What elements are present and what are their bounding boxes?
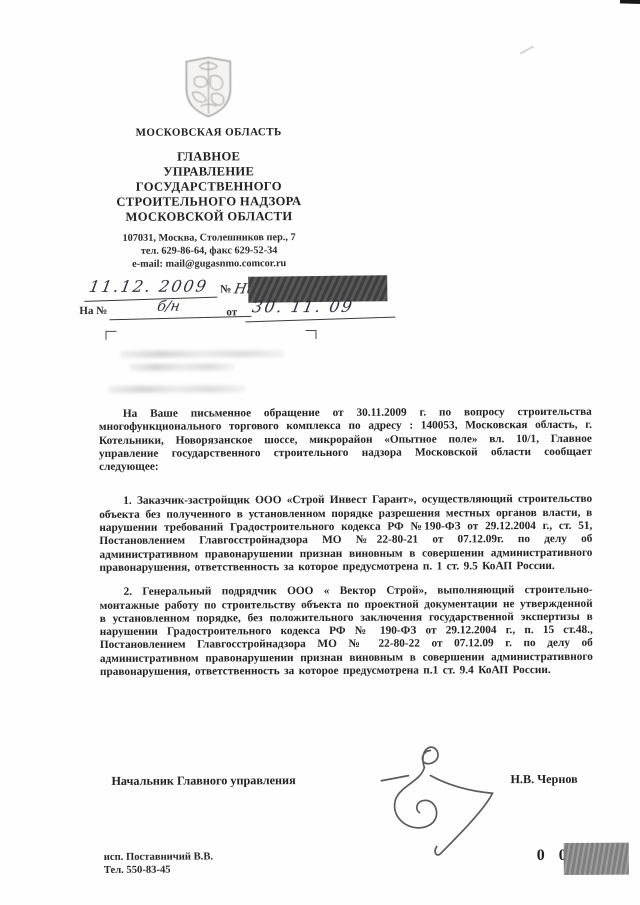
addressee-corner-right [305, 330, 316, 339]
stamp-redaction-box [564, 843, 629, 875]
number-label: № [220, 283, 231, 295]
org-name-line: УПРАВЛЕНИЕ [54, 164, 364, 180]
letterhead: МОСКОВСКАЯ ОБЛАСТЬ ГЛАВНОЕ УПРАВЛЕНИЕ ГО… [53, 54, 364, 272]
outgoing-date-handwritten: 11.12. 2009 [88, 276, 210, 296]
signature-scribble-icon [377, 740, 513, 866]
letter-body: На Ваше письменное обращение от 30.11.20… [99, 406, 593, 679]
incoming-date-line [245, 317, 395, 323]
outgoing-date-line [84, 297, 217, 302]
org-name: ГЛАВНОЕ УПРАВЛЕНИЕ ГОСУДАРСТВЕННОГО СТРО… [54, 149, 364, 225]
scan-artifact-mark [520, 46, 534, 55]
from-label: от [226, 306, 237, 318]
addressee-smudge [130, 363, 235, 370]
executor-phone: Тел. 550-83-45 [104, 865, 171, 876]
addressee-smudge [108, 385, 246, 393]
org-name-line: СТРОИТЕЛЬНОГО НАДЗОРА [54, 194, 364, 210]
incoming-date-handwritten: 30. 11. 09 [251, 297, 356, 316]
page-content: МОСКОВСКАЯ ОБЛАСТЬ ГЛАВНОЕ УПРАВЛЕНИЕ ГО… [0, 0, 640, 905]
addressee-smudge [120, 350, 285, 358]
addressee-corner-left [105, 331, 116, 340]
executor-line: исп. Поставничий В.В. [104, 851, 213, 862]
reference-block: 11.12. 2009 № Ни На № б/н от 30. 11. 09 [0, 0, 638, 1]
intro-paragraph: На Ваше письменное обращение от 30.11.20… [99, 406, 592, 475]
incoming-label: На № [79, 305, 107, 317]
org-name-line: ГОСУДАРСТВЕННОГО [54, 179, 364, 195]
incoming-number-handwritten: б/н [156, 299, 181, 315]
org-name-line: МОСКОВСКОЙ ОБЛАСТИ [54, 209, 364, 225]
scan-artifact-corner [620, 0, 640, 4]
email-line: e-mail: mail@gugasnmo.comcor.ru [54, 257, 364, 271]
org-name-line: ГЛАВНОЕ [54, 149, 364, 165]
item2-paragraph: 2. Генеральный подрядчик ООО « Вектор Ст… [100, 584, 593, 679]
signature-block: Начальник Главного управления Н.В. Черно… [0, 0, 638, 1]
scanned-letter-page: МОСКОВСКАЯ ОБЛАСТЬ ГЛАВНОЕ УПРАВЛЕНИЕ ГО… [0, 0, 640, 905]
contact-block: 107031, Москва, Столешников пер., 7 тел.… [54, 232, 364, 272]
signer-name: Н.В. Чернов [510, 772, 577, 787]
coat-of-arms-icon [180, 54, 236, 120]
item1-paragraph: 1. Заказчик-застройщик ООО «Строй Инвест… [99, 493, 592, 575]
region-title: МОСКОВСКАЯ ОБЛАСТЬ [54, 126, 364, 139]
signer-title: Начальник Главного управления [111, 773, 295, 789]
